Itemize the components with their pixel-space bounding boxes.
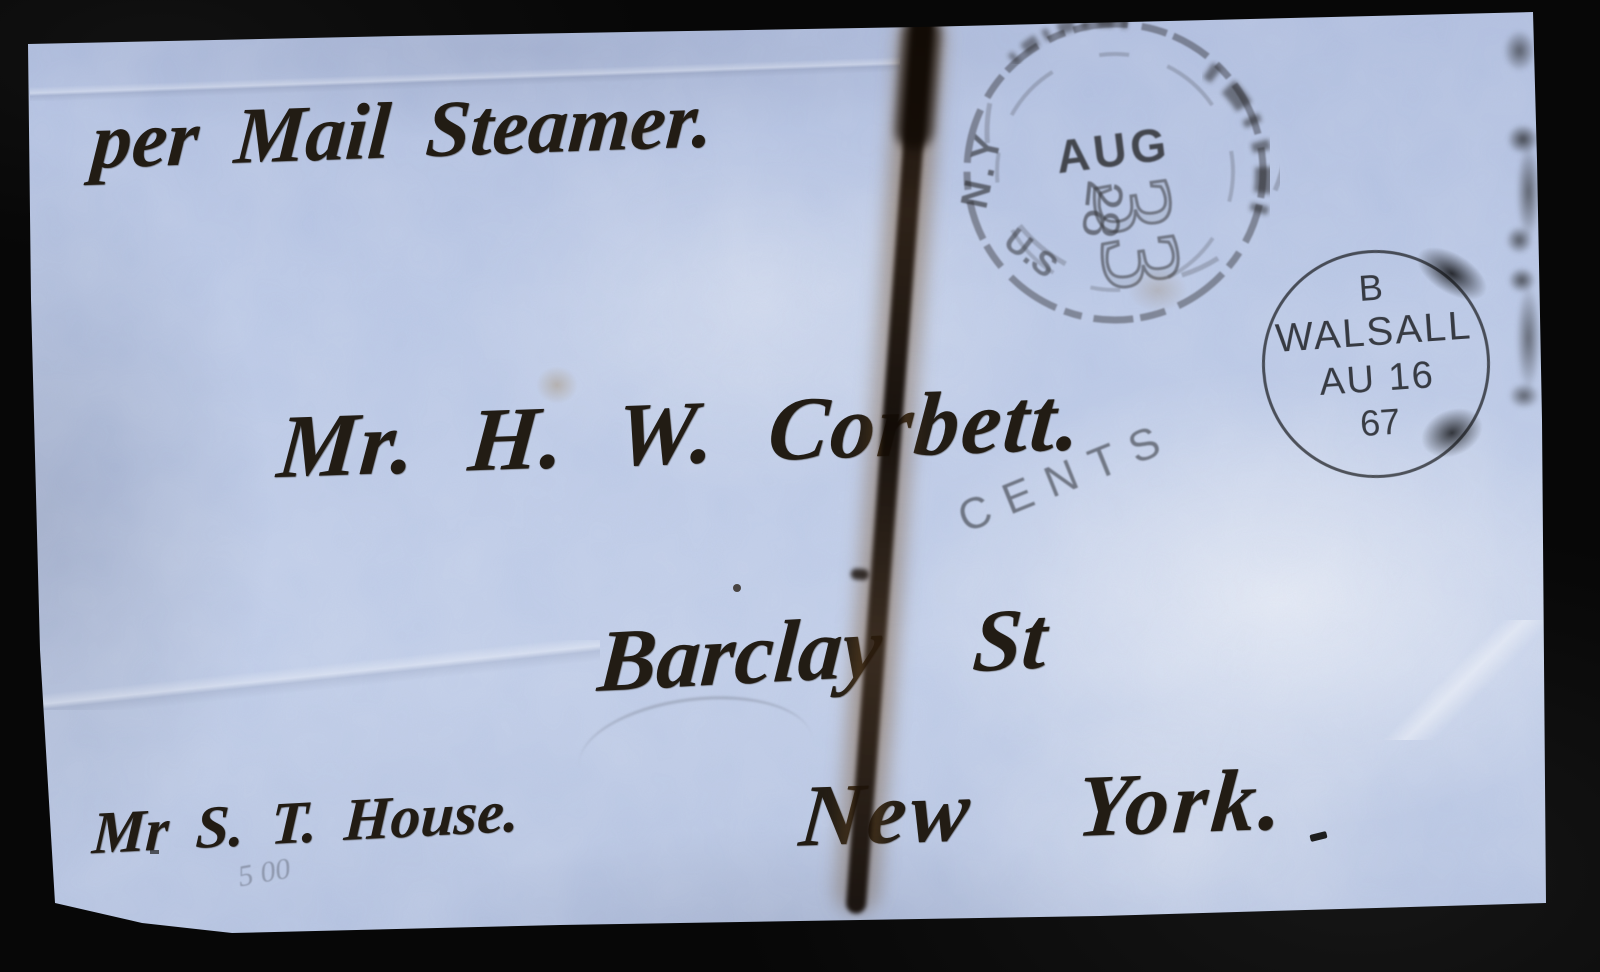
ink-speck — [1309, 831, 1327, 842]
walsall-year: 67 — [1359, 401, 1402, 446]
handwritten-city: New York. — [796, 749, 1291, 867]
handwritten-directive: per Mail Steamer. — [89, 75, 716, 188]
paper-crease — [40, 640, 600, 710]
handwritten-sender-endorsement: Mr S. T. House. — [90, 777, 520, 869]
postmark-arc-bottom: U.S — [997, 221, 1065, 286]
walsall-town: WALSALL — [1274, 303, 1474, 362]
postmark-month: AUG — [1053, 117, 1173, 183]
walsall-index-letter: B — [1357, 266, 1384, 310]
burn-spur — [850, 568, 869, 580]
paper-crease — [1380, 620, 1550, 740]
ink-speck — [733, 584, 741, 592]
postmark-arc-left: N.Y — [954, 127, 1011, 212]
walsall-date: AU 16 — [1318, 354, 1436, 405]
handwritten-addressee: Mr. H. W. Corbett. — [274, 368, 1087, 499]
ink-speck — [2, 142, 14, 148]
envelope: per Mail Steamer. Mr. H. W. Corbett. Bar… — [0, 0, 1600, 972]
ink-speck — [150, 850, 159, 854]
postmark-right-smear — [1208, 70, 1264, 228]
handwritten-street: Barclay St — [595, 588, 1050, 713]
ink-smudge — [1500, 118, 1546, 260]
walsall-datestamp: B WALSALL AU 16 67 — [1254, 242, 1497, 485]
burn-top-char — [895, 13, 941, 150]
ink-smudge — [1502, 262, 1546, 414]
scan-background: per Mail Steamer. Mr. H. W. Corbett. Bar… — [0, 0, 1600, 972]
newyork-duplex-postmark: AUG 28 33 N.Y U.S — [950, 4, 1280, 334]
postmark-rate-numeral: 33 — [1068, 169, 1206, 297]
ink-smudge — [1492, 22, 1542, 94]
